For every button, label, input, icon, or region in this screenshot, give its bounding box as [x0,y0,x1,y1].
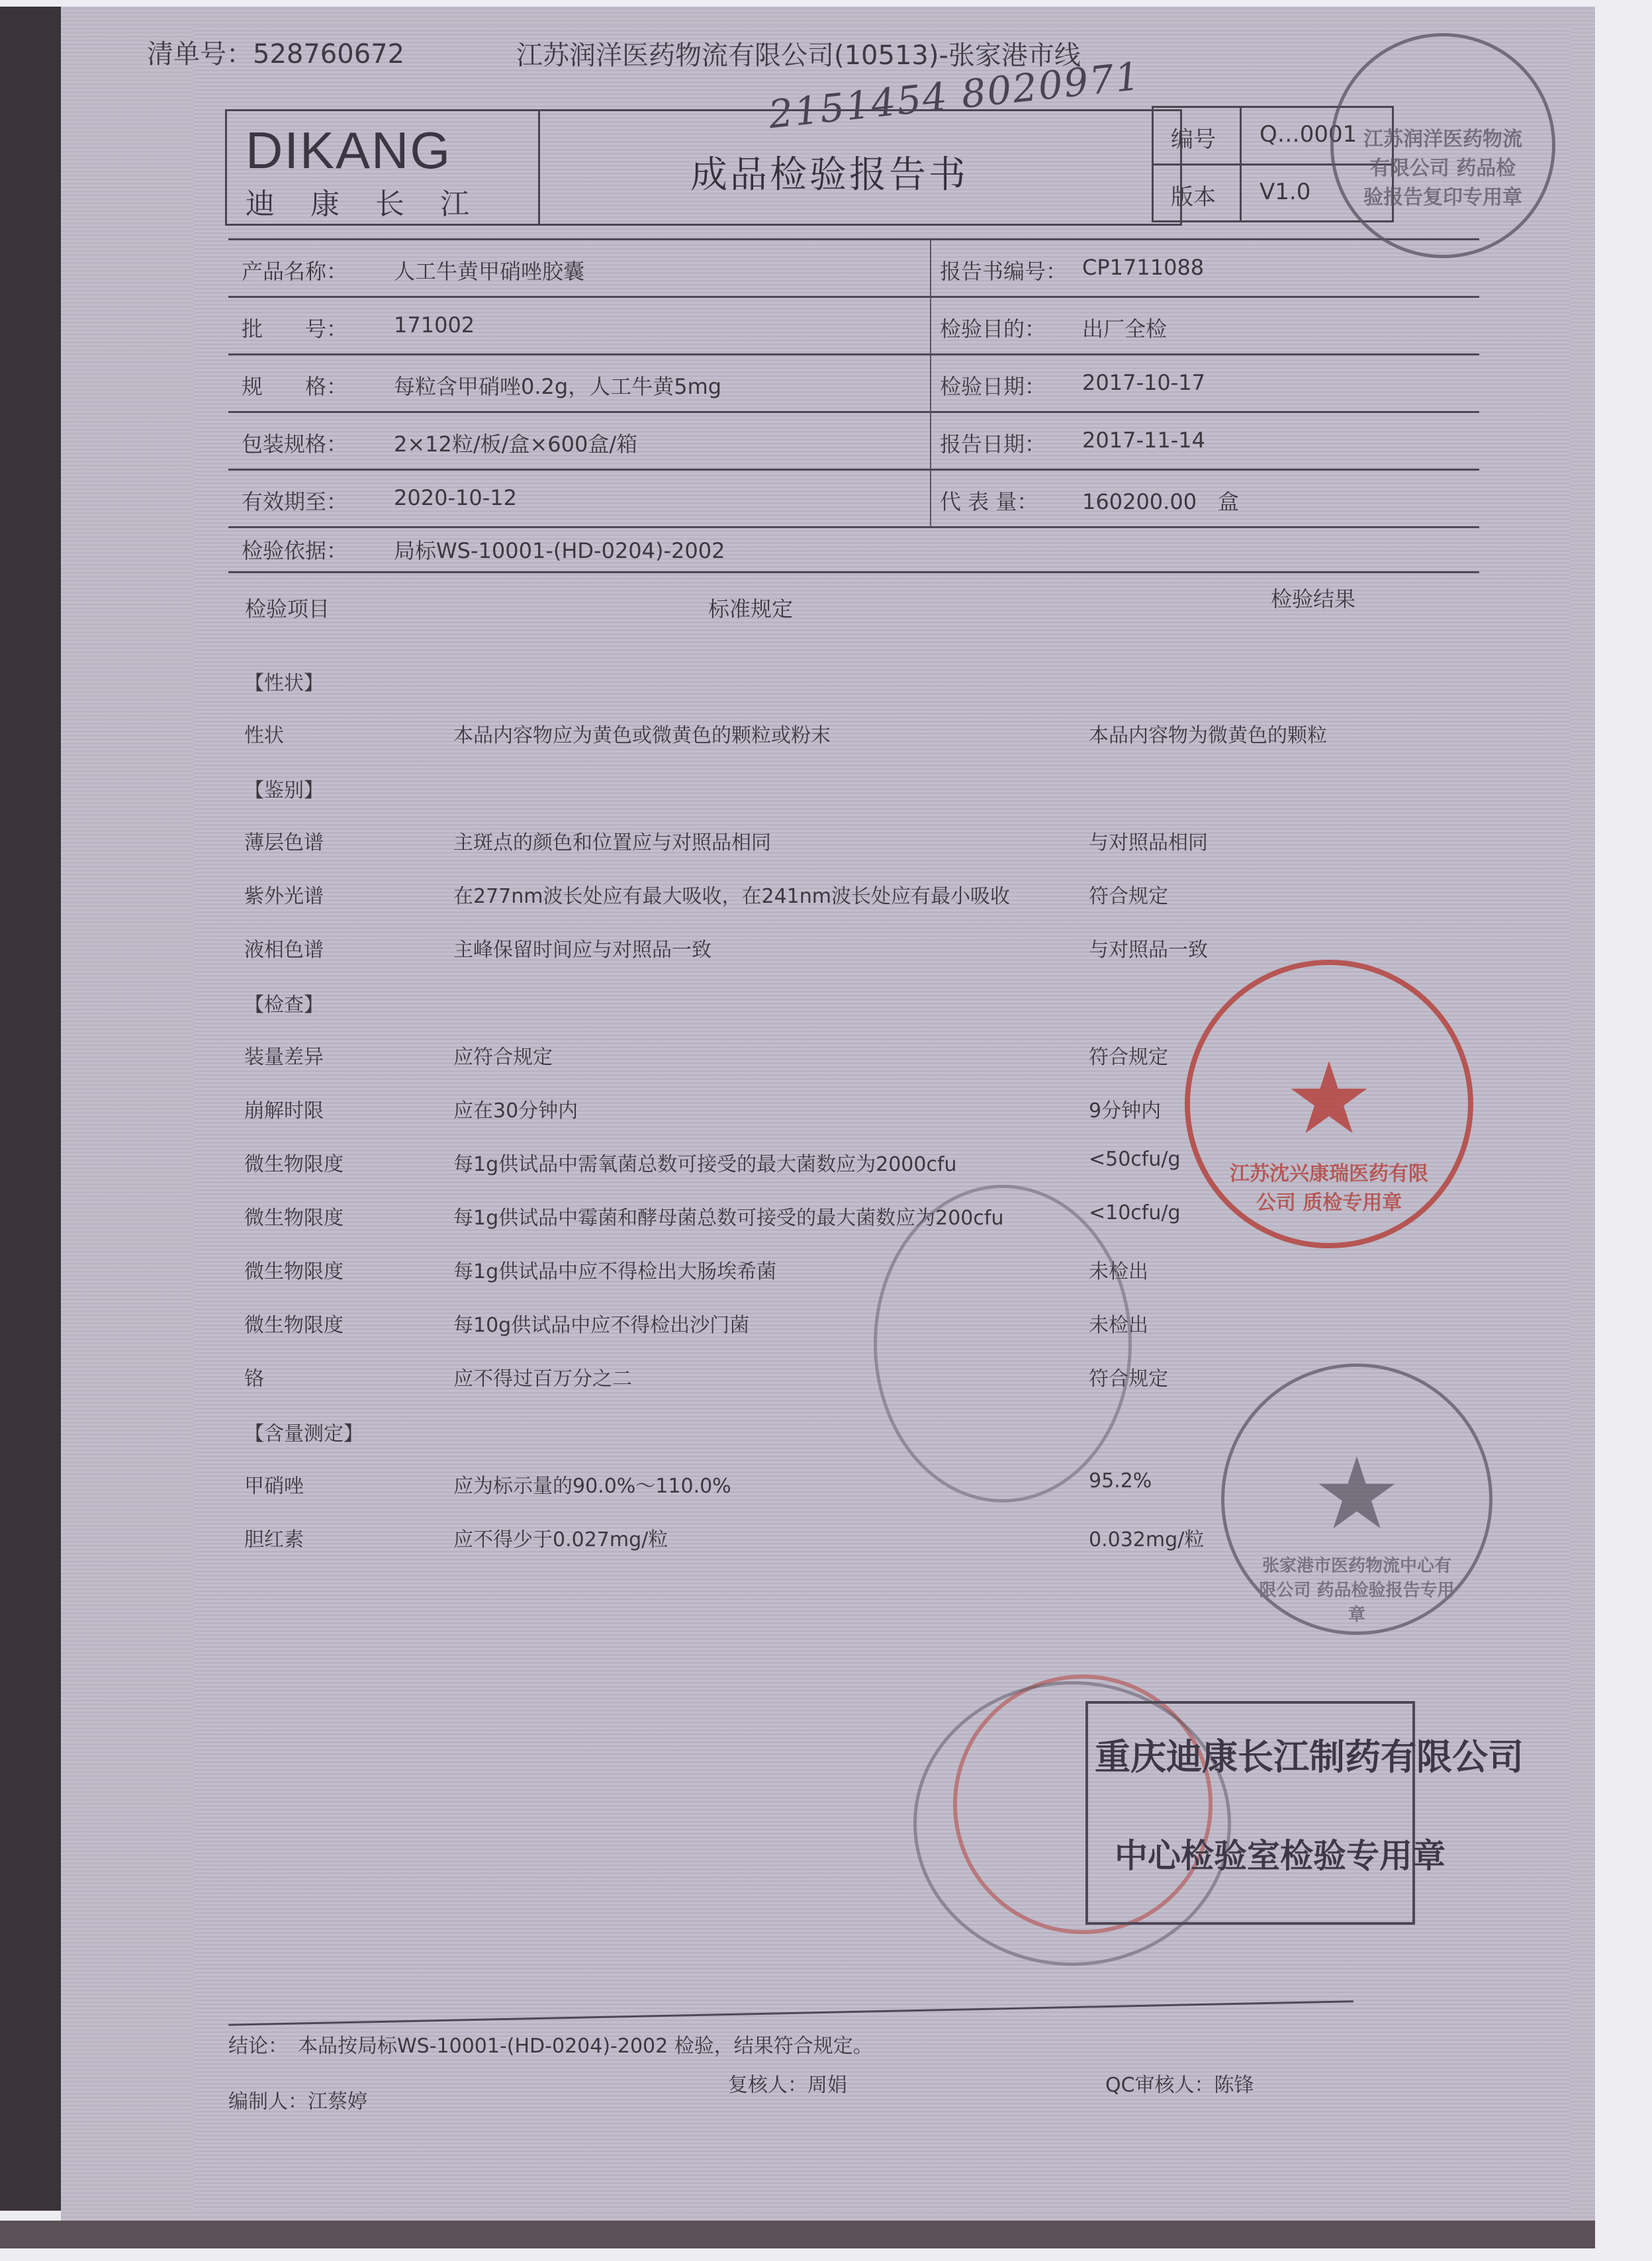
field-label: 批 号： [242,312,347,343]
field-label: 代 表 量： [940,485,1038,516]
section-title: 【鉴别】 [244,774,324,803]
field-value: 2017-11-14 [1082,428,1205,453]
test-result: <10cfu/g [1089,1201,1181,1224]
test-item: 性状 [244,719,284,748]
test-item: 微生物限度 [244,1201,344,1230]
section-title: 【检查】 [244,988,324,1017]
test-result: <50cfu/g [1089,1148,1181,1171]
list-number: 清单号：528760672 [147,33,404,71]
star-icon: ★ [1285,1050,1373,1149]
scan-shadow-left [0,7,61,2211]
star-icon: ★ [1312,1445,1401,1544]
stamp-quality-red: ★ 江苏沈兴康瑞医药有限公司 质检专用章 [1185,960,1473,1248]
column-header-result: 检验结果 [1271,582,1355,613]
meta-value: V1.0 [1260,179,1310,205]
section-header: 【检查】 [228,974,1354,1027]
preparer: 编制人：江蔡婷 [228,2085,367,2114]
test-result: 9分钟内 [1089,1094,1161,1123]
basis-value: 局标WS-10001-(HD-0204)-2002 [394,534,725,565]
logo-chinese: 迪康长江 [246,180,505,222]
test-row: 薄层色谱主斑点的颜色和位置应与对照品相同与对照品相同 [228,813,1354,866]
field-value: CP1711088 [1082,255,1204,280]
info-row: 批 号：171002检验目的：出厂全检 [228,298,1479,355]
field-value: 2017-10-17 [1082,370,1205,395]
inspection-basis: 检验依据： 局标WS-10001-(HD-0204)-2002 [228,520,1479,573]
field-value: 出厂全检 [1082,312,1167,343]
section-header: 【鉴别】 [228,759,1354,813]
test-item: 铬 [244,1362,264,1391]
stamp-copy-seal: 江苏润洋医药物流有限公司 药品检验报告复印专用章 [1330,33,1555,258]
field-value: 每粒含甲硝唑0.2g，人工牛黄5mg [394,370,721,400]
manufacturer-name: 重庆迪康长江制药有限公司 [1095,1729,1524,1780]
test-item: 液相色谱 [244,933,324,962]
section-title: 【含量测定】 [244,1417,363,1446]
test-row: 液相色谱主峰保留时间应与对照品一致与对照品一致 [228,920,1354,974]
test-item: 崩解时限 [244,1094,324,1123]
info-row: 产品名称：人工牛黄甲硝唑胶囊报告书编号：CP1711088 [228,238,1479,298]
test-standard: 应为标示量的90.0%～110.0% [453,1469,731,1499]
test-item: 紫外光谱 [244,880,324,909]
meta-label: 版本 [1171,179,1216,211]
list-number-value: 528760672 [253,39,404,69]
reviewer: 复核人：周娟 [728,2068,847,2098]
manufacturer-seal-purpose: 中心检验室检验专用章 [1115,1829,1445,1877]
test-item: 胆红素 [244,1523,304,1552]
field-value: 160200.00 盒 [1082,485,1239,516]
title-block: DIKANG 迪康长江 成品检验报告书 [225,109,1182,226]
test-row: 紫外光谱在277nm波长处应有最大吸收，在241nm波长处应有最小吸收符合规定 [228,866,1354,920]
test-result: 95.2% [1089,1469,1152,1493]
test-standard: 主峰保留时间应与对照品一致 [453,933,711,962]
test-item: 甲硝唑 [244,1469,304,1499]
field-value: 171002 [394,312,475,338]
test-result: 符合规定 [1089,880,1168,909]
logo-english: DIKANG [246,120,451,181]
test-standard: 每1g供试品中应不得检出大肠埃希菌 [453,1255,776,1284]
field-label: 产品名称： [242,255,347,285]
test-standard: 本品内容物应为黄色或微黄色的颗粒或粉末 [453,719,831,748]
column-header-item: 检验项目 [245,592,330,623]
test-row: 微生物限度每1g供试品中需氧菌总数可接受的最大菌数应为2000cfu<50cfu… [228,1134,1354,1188]
test-result: 与对照品相同 [1089,826,1208,855]
info-row: 规 格：每粒含甲硝唑0.2g，人工牛黄5mg检验日期：2017-10-17 [228,355,1479,413]
distributor-line: 江苏润洋医药物流有限公司(10513)-张家港市线 [516,34,1081,72]
field-label: 包装规格： [242,428,347,458]
field-value: 2×12粒/板/盒×600盒/箱 [394,428,637,458]
field-label: 检验日期： [940,370,1046,400]
list-number-label: 清单号： [147,39,253,69]
test-standard: 应不得过百万分之二 [453,1362,632,1391]
field-value: 2020-10-12 [394,485,517,510]
field-label: 规 格： [242,370,347,400]
test-item: 微生物限度 [244,1148,344,1177]
test-row: 微生物限度每10g供试品中应不得检出沙门菌未检出 [228,1295,1354,1349]
company-logo: DIKANG 迪康长江 [227,111,540,224]
test-standard: 应在30分钟内 [453,1094,578,1123]
section-header: 【性状】 [228,652,1354,706]
field-value: 人工牛黄甲硝唑胶囊 [394,255,584,285]
stamp-logistics-gray: ★ 张家港市医药物流中心有限公司 药品检验报告专用章 [1221,1363,1492,1635]
test-row: 胆红素应不得少于0.027mg/粒0.032mg/粒 [228,1510,1354,1563]
column-header-standard: 标准规定 [708,592,793,623]
test-result: 符合规定 [1089,1040,1168,1070]
test-standard: 应不得少于0.027mg/粒 [453,1523,668,1552]
field-label: 有效期至： [242,485,347,516]
scan-shadow-bottom [0,2221,1595,2248]
stamp-faint-gray [874,1185,1132,1502]
document-title: 成品检验报告书 [690,146,968,199]
test-standard: 主斑点的颜色和位置应与对照品相同 [453,826,771,855]
test-result: 与对照品一致 [1089,933,1208,962]
test-standard: 应符合规定 [453,1040,553,1070]
test-row: 性状本品内容物应为黄色或微黄色的颗粒或粉末本品内容物为微黄色的颗粒 [228,706,1354,759]
test-standard: 每10g供试品中应不得检出沙门菌 [453,1309,749,1338]
test-row: 铬应不得过百万分之二符合规定 [228,1349,1354,1403]
test-item: 微生物限度 [244,1255,344,1284]
qc-reviewer: QC审核人：陈锋 [1105,2068,1254,2098]
product-info-table: 产品名称：人工牛黄甲硝唑胶囊报告书编号：CP1711088批 号：171002检… [228,238,1479,528]
test-row: 装量差异应符合规定符合规定 [228,1027,1354,1081]
test-row: 甲硝唑应为标示量的90.0%～110.0%95.2% [228,1456,1354,1510]
test-item: 薄层色谱 [244,826,324,855]
field-label: 报告日期： [940,428,1046,458]
basis-label: 检验依据： [242,534,347,565]
info-row: 包装规格：2×12粒/板/盒×600盒/箱报告日期：2017-11-14 [228,413,1479,471]
test-standard: 每1g供试品中需氧菌总数可接受的最大菌数应为2000cfu [453,1148,957,1177]
section-header: 【含量测定】 [228,1403,1354,1456]
meta-label: 编号 [1171,121,1216,154]
section-title: 【性状】 [244,667,324,696]
test-result: 0.032mg/粒 [1089,1523,1204,1552]
field-label: 报告书编号： [940,255,1067,285]
conclusion: 结论： 本品按局标WS-10001-(HD-0204)-2002 检验，结果符合… [228,2029,873,2058]
stamp-manufacturer-rect: 重庆迪康长江制药有限公司 中心检验室检验专用章 [1085,1701,1415,1925]
test-row: 微生物限度每1g供试品中应不得检出大肠埃希菌未检出 [228,1242,1354,1295]
field-label: 检验目的： [940,312,1046,343]
test-standard: 在277nm波长处应有最大吸收，在241nm波长处应有最小吸收 [453,880,1010,909]
test-result: 本品内容物为微黄色的颗粒 [1089,719,1327,748]
test-item: 装量差异 [244,1040,324,1070]
test-row: 微生物限度每1g供试品中霉菌和酵母菌总数可接受的最大菌数应为200cfu<10c… [228,1188,1354,1242]
test-item: 微生物限度 [244,1309,344,1338]
